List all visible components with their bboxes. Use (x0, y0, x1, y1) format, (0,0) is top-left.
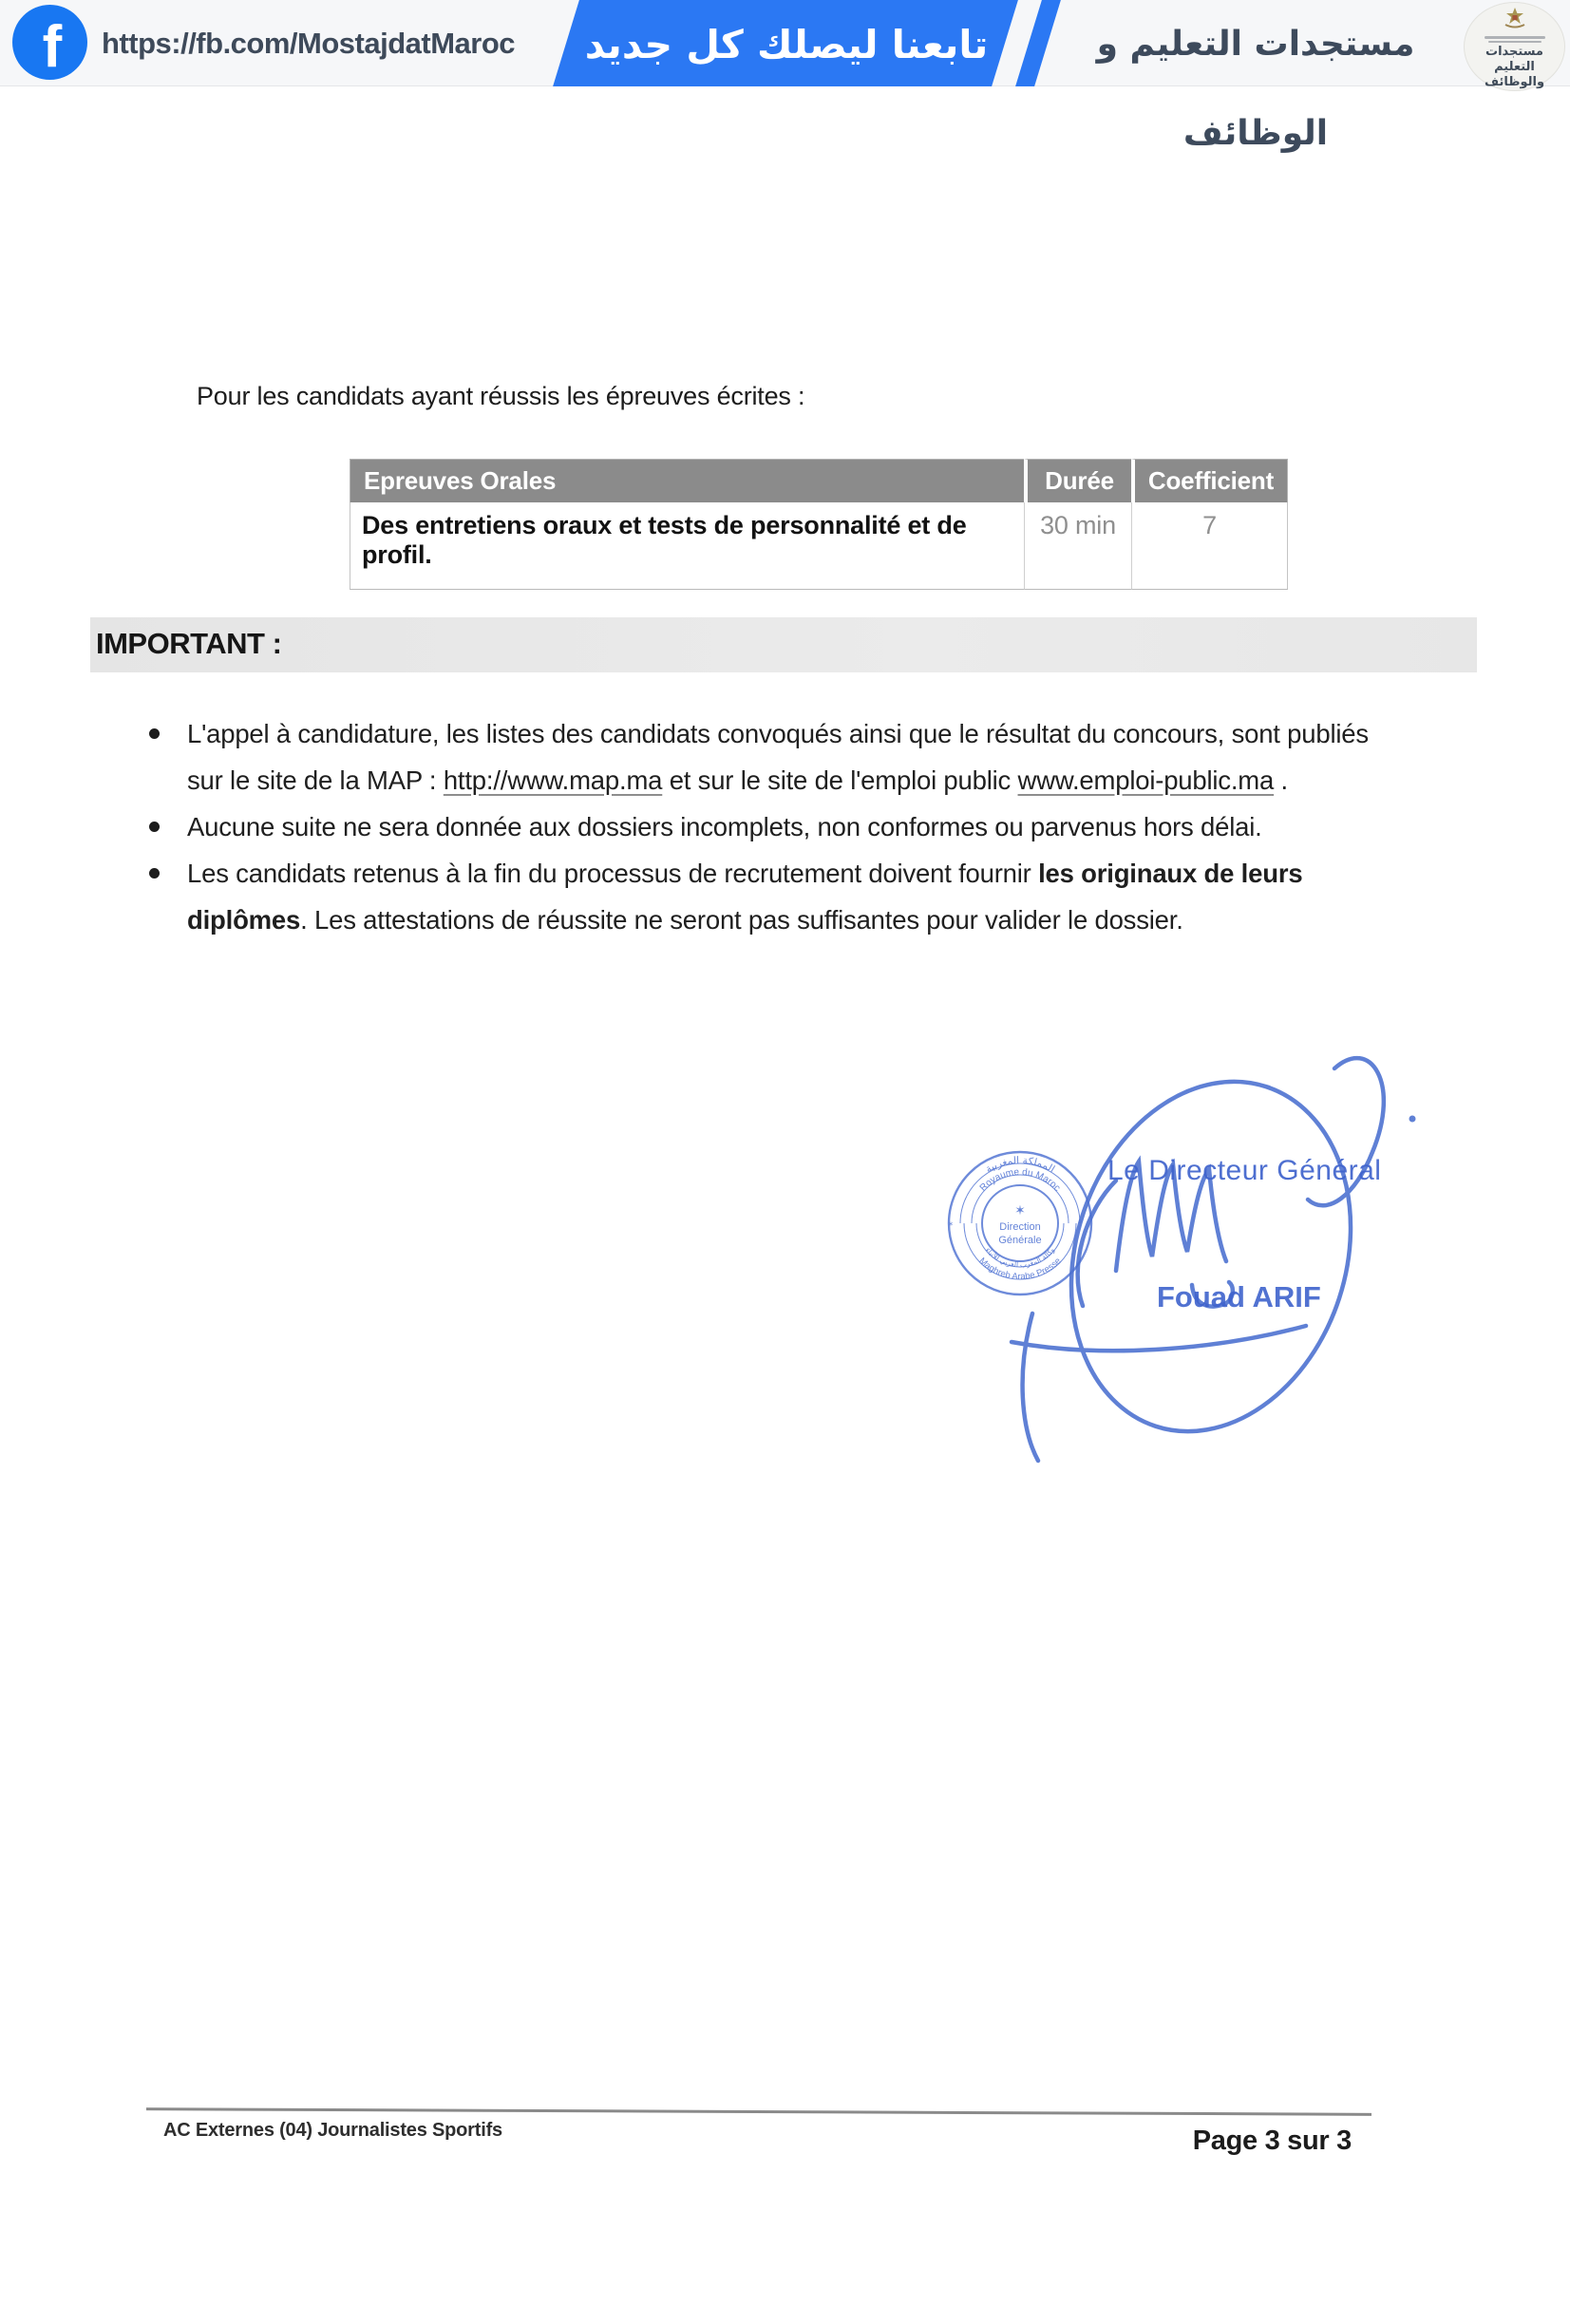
important-heading-bar: IMPORTANT : (90, 617, 1477, 672)
banner-slogan-arabic: تابعنا ليصلك كل جديد (581, 0, 992, 86)
signature-and-stamp-graphic: المملكة المغربية Royaume du Maroc Maghre… (926, 1029, 1458, 1484)
handwritten-signature (1012, 1045, 1416, 1467)
badge-title-line1: مستجدات التعليم (1464, 45, 1565, 75)
stamp-center-line2: Générale (998, 1235, 1041, 1246)
bullet3-text: Les candidats retenus à la fin du proces… (187, 859, 1038, 888)
site-logo-badge: مستجدات التعليم والوظائف (1464, 2, 1565, 91)
facebook-page-url: https://fb.com/MostajdatMaroc (102, 0, 515, 86)
table-cell-coefficient: 7 (1131, 502, 1288, 590)
document-page: f https://fb.com/MostajdatMaroc تابعنا ل… (0, 0, 1570, 2324)
stamp-side-star-icon: * (949, 1221, 954, 1231)
footer-document-reference: AC Externes (04) Journalistes Sportifs (163, 2120, 502, 2142)
list-item: L'appel à candidature, les listes des ca… (142, 710, 1463, 803)
important-heading: IMPORTANT : (90, 617, 1477, 671)
table-cell-exam: Des entretiens oraux et tests de personn… (350, 502, 1024, 590)
facebook-icon: f (12, 5, 87, 80)
signer-role-title: Le Directeur Général (1107, 1155, 1392, 1187)
badge-fine-print (1488, 41, 1542, 44)
bullet3-bold-text: les originaux de leurs (1038, 859, 1302, 888)
stamp-center-line1: Direction (999, 1221, 1040, 1233)
emploi-public-link[interactable]: www.emploi-public.ma (1018, 765, 1275, 795)
site-title-arabic: مستجدات التعليم و الوظائف (1066, 0, 1446, 86)
bullet3-bold-text: diplômes (187, 905, 300, 935)
badge-fine-print (1485, 36, 1545, 39)
important-bullet-list: L'appel à candidature, les listes des ca… (142, 710, 1463, 943)
facebook-header-banner: f https://fb.com/MostajdatMaroc تابعنا ل… (0, 0, 1570, 86)
signer-name: Fouad ARIF (1157, 1280, 1366, 1314)
bullet1-text: . (1274, 765, 1288, 795)
facebook-f-glyph: f (43, 18, 63, 77)
table-header-coefficient: Coefficient (1131, 459, 1288, 502)
svg-text:Maghreb Arabe Presse: Maghreb Arabe Presse (976, 1256, 1063, 1282)
intro-sentence: Pour les candidats ayant réussis les épr… (197, 382, 804, 411)
bullet1-text: L'appel à candidature, les listes des ca… (187, 719, 1369, 748)
coat-of-arms-icon (1501, 7, 1529, 29)
table-header-row: Epreuves Orales Durée Coefficient (350, 459, 1288, 502)
table-cell-duration: 30 min (1024, 502, 1131, 590)
map-website-link[interactable]: http://www.map.ma (444, 765, 662, 795)
footer-page-number: Page 3 sur 3 (1064, 2126, 1352, 2157)
badge-title-line2: والوظائف (1464, 75, 1565, 90)
list-item: Les candidats retenus à la fin du proces… (142, 850, 1463, 943)
table-header-exam: Epreuves Orales (350, 459, 1024, 502)
footer-divider (146, 2107, 1371, 2115)
oral-exam-table: Epreuves Orales Durée Coefficient Des en… (350, 459, 1288, 590)
table-row: Des entretiens oraux et tests de personn… (350, 502, 1288, 590)
bullet3-text: . Les attestations de réussite ne seront… (300, 905, 1183, 935)
bullet1-text: et sur le site de l'emploi public (662, 765, 1017, 795)
bullet1-text: sur le site de la MAP : (187, 765, 444, 795)
bullet2-text: Aucune suite ne sera donnée aux dossiers… (187, 812, 1262, 841)
banner-slash-accent (1015, 0, 1061, 86)
table-header-duration: Durée (1024, 459, 1131, 502)
stamp-maghreb-text: Maghreb Arabe Presse (976, 1256, 1063, 1282)
stamp-star-icon: ✶ (1014, 1203, 1026, 1219)
list-item: Aucune suite ne sera donnée aux dossiers… (142, 803, 1463, 850)
